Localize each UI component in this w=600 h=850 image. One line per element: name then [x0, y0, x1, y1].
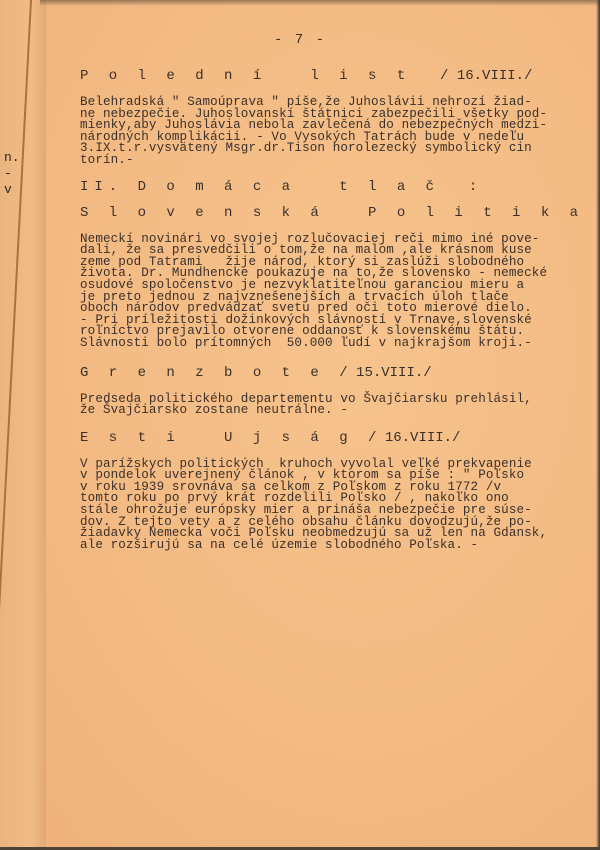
section-paragraph: V parížskych politických kruhoch vyvolal…	[80, 459, 580, 552]
section-heading: P o l e d n í l i s t / 16.VIII./	[80, 68, 580, 84]
margin-mark: n.	[4, 150, 20, 166]
margin-mark: -	[4, 166, 20, 182]
text-line: Slávnosti bolo prítomných 50.000 ľudí v …	[80, 338, 580, 350]
page-number: - 7 -	[0, 32, 600, 48]
section-paragraph: Predseda politického departementu vo Šva…	[80, 394, 580, 417]
section-title: E s t i U j s á g	[80, 430, 354, 446]
text-line: že Švajčiarsko zostane neutrálne. -	[80, 405, 580, 417]
text-line: ale rozširujú sa na celé územie slobodné…	[80, 540, 580, 552]
top-edge-shadow	[40, 0, 600, 6]
section-paragraph: Belehradská " Samoúprava " píše,že Juhos…	[80, 97, 580, 167]
section-title: S l o v e n s k á P o l i t i k a	[80, 205, 584, 221]
right-edge-shadow	[596, 0, 600, 850]
section-heading: G r e n z b o t e / 15.VIII./	[80, 365, 580, 381]
margin-marks: n. - v	[4, 150, 20, 198]
section-date: / 16.VIII./	[440, 68, 532, 84]
text-line: torín.-	[80, 155, 580, 167]
section-date: / 16.VIII./	[368, 430, 460, 446]
section-title: G r e n z b o t e	[80, 365, 325, 381]
text-line: 3.IX.t.r.vysvätený Msgr.dr.Tison horolez…	[80, 143, 580, 155]
section-date: / 15.VIII./	[339, 365, 431, 381]
section-title: P o l e d n í l i s t	[80, 68, 411, 84]
document-body: P o l e d n í l i s t / 16.VIII./ Belehr…	[80, 60, 580, 551]
section-heading: S l o v e n s k á P o l i t i k a / 15.V…	[80, 205, 580, 221]
section-paragraph: Nemeckí novinári vo svojej rozlučovaciej…	[80, 234, 580, 350]
margin-mark: v	[4, 182, 20, 198]
section-title: II. D o m á c a t l a č :	[80, 179, 483, 195]
section-heading: E s t i U j s á g / 16.VIII./	[80, 430, 580, 446]
section-heading: II. D o m á c a t l a č :	[80, 179, 580, 195]
